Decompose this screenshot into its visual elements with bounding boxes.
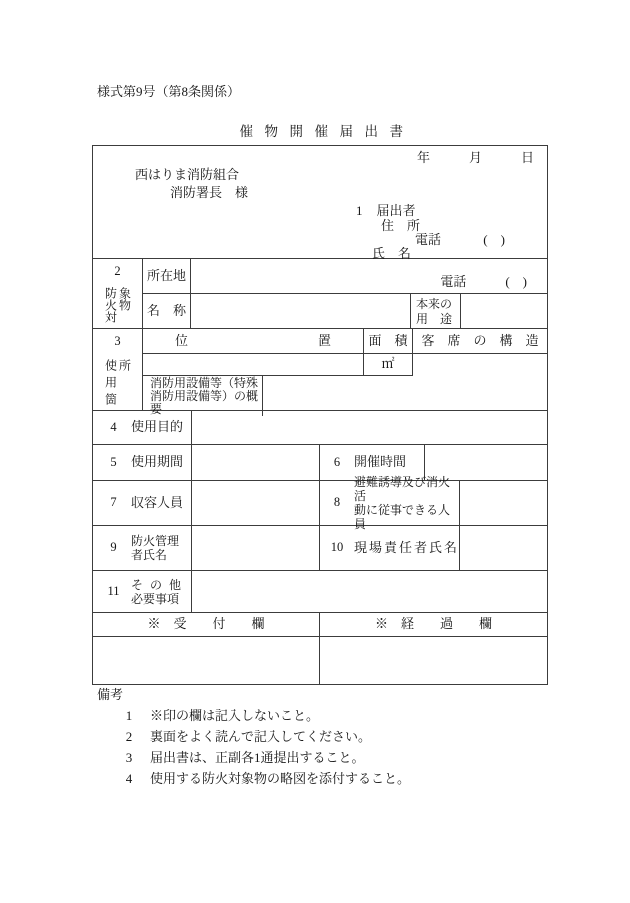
other-label-line2: 必要事項 <box>131 592 181 606</box>
site-manager-label-cell: 10 現場責任者氏名 <box>320 526 460 570</box>
remark-text: 使用する防火対象物の略図を添付すること。 <box>150 771 410 792</box>
row-number: 7 <box>106 495 121 511</box>
remark-text: 裏面をよく読んで記入してください。 <box>150 729 371 750</box>
staff-label-cell: 8 避難誘導及び消火活 動に従事できる人員 <box>320 481 460 525</box>
property-vertical-label: 防火対象物 <box>104 287 132 327</box>
section-number: 3 <box>114 329 120 350</box>
original-use-value <box>461 294 547 328</box>
remark-number: 1 <box>125 708 133 729</box>
equipment-label-line2: 消防用設備等）の概 <box>150 390 262 403</box>
remark-item: 4 使用する防火対象物の略図を添付すること。 <box>97 771 410 792</box>
form-number: 様式第9号（第8条関係） <box>97 84 240 100</box>
remark-text: ※印の欄は記入しないこと。 <box>150 708 319 729</box>
form-page: 様式第9号（第8条関係） 催物開催届出書 年 月 日 西はりま消防組合 消防署長… <box>0 0 630 903</box>
staff-value <box>460 481 547 525</box>
equipment-label: 消防用設備等（特殊 消防用設備等）の概 要 <box>143 376 263 416</box>
page-title: 催物開催届出書 <box>0 124 630 141</box>
property-location-row: 所在地 電話 ( ) <box>143 259 547 294</box>
equipment-value <box>263 376 547 416</box>
site-manager-value <box>460 526 547 570</box>
other-label-line1: その他 <box>131 578 181 592</box>
equipment-row: 消防用設備等（特殊 消防用設備等）の概 要 <box>143 376 547 416</box>
property-number-column: 2 防火対象物 <box>93 259 143 328</box>
row-managers: 9 防火管理 者氏名 10 現場責任者氏名 <box>93 525 547 570</box>
place-number-column: 3 使用箇所 <box>93 329 143 410</box>
stamp-header-row: ※ 受 付 欄 ※ 経 過 欄 <box>93 612 547 636</box>
place-value-row: ㎡ <box>143 354 547 376</box>
fire-manager-label-line1: 防火管理 <box>131 534 179 548</box>
receipt-box <box>93 637 320 684</box>
addressee-line: 消防署長 様 <box>93 185 547 200</box>
section-applicant: 年 月 日 西はりま消防組合 消防署長 様 1届出者 住 所 電話 ( ) 氏 … <box>93 146 547 258</box>
seat-structure-header: 客 席 の 構 造 <box>413 329 547 353</box>
remark-number: 3 <box>125 750 133 771</box>
hours-label: 開催時間 <box>354 454 406 470</box>
other-value <box>192 571 547 612</box>
applicant-name-field: 氏 名 <box>93 246 547 261</box>
applicant-heading: 1届出者 <box>93 203 547 218</box>
period-value <box>192 445 320 480</box>
section-place-of-use: 3 使用箇所 位 置 面 積 客 席 の 構 造 ㎡ 消防用設備等（特殊 <box>93 328 547 410</box>
staff-label: 避難誘導及び消火活 動に従事できる人員 <box>354 475 459 531</box>
row-number: 10 <box>329 540 345 556</box>
applicant-address-field: 住 所 <box>93 218 547 233</box>
row-number: 9 <box>106 540 121 556</box>
purpose-label-cell: 4 使用目的 <box>93 411 192 444</box>
remark-number: 4 <box>125 771 133 792</box>
fire-manager-label: 防火管理 者氏名 <box>131 534 179 562</box>
purpose-value <box>192 411 547 444</box>
progress-column-header: ※ 経 過 欄 <box>320 613 547 636</box>
remark-text: 届出書は、正副各1通提出すること。 <box>150 750 365 771</box>
purpose-label: 使用目的 <box>131 419 183 435</box>
row-number: 6 <box>329 455 345 471</box>
fire-manager-label-line2: 者氏名 <box>131 548 179 562</box>
main-form-table: 年 月 日 西はりま消防組合 消防署長 様 1届出者 住 所 電話 ( ) 氏 … <box>92 145 548 685</box>
area-header: 面 積 <box>364 329 413 353</box>
row-other: 11 その他 必要事項 <box>93 570 547 612</box>
seat-structure-value <box>413 354 547 376</box>
original-use-label: 本来の 用 途 <box>411 294 461 328</box>
property-name-value <box>191 294 411 328</box>
remark-item: 1 ※印の欄は記入しないこと。 <box>97 708 410 729</box>
progress-box <box>320 637 547 684</box>
other-label-cell: 11 その他 必要事項 <box>93 571 192 612</box>
receipt-column-header: ※ 受 付 欄 <box>93 613 320 636</box>
other-label: その他 必要事項 <box>131 578 181 606</box>
position-value <box>143 354 364 376</box>
section-property: 2 防火対象物 所在地 電話 ( ) 名 称 本来の 用 途 <box>93 258 547 328</box>
fire-association-name: 西はりま消防組合 <box>93 167 547 182</box>
location-phone-field: 電話 ( ) <box>191 259 547 293</box>
position-header: 位 置 <box>143 329 364 353</box>
stamp-box-row <box>93 636 547 684</box>
row-number: 8 <box>329 495 345 511</box>
original-use-line2: 用 途 <box>416 312 460 327</box>
applicant-phone-field: 電話 ( ) <box>93 232 547 247</box>
row-number: 11 <box>106 584 121 600</box>
property-name-row: 名 称 本来の 用 途 <box>143 294 547 328</box>
capacity-value <box>192 481 320 525</box>
capacity-label: 収容人員 <box>131 495 183 511</box>
location-label: 所在地 <box>143 259 191 293</box>
row-capacity-staff: 7 収容人員 8 避難誘導及び消火活 動に従事できる人員 <box>93 480 547 525</box>
remarks-title: 備考 <box>97 687 410 708</box>
section-number: 2 <box>114 259 120 280</box>
period-label: 使用期間 <box>131 454 183 470</box>
capacity-label-cell: 7 収容人員 <box>93 481 192 525</box>
row-number: 5 <box>106 455 121 471</box>
staff-label-line1: 避難誘導及び消火活 <box>354 475 459 503</box>
original-use-line1: 本来の <box>416 297 460 312</box>
site-manager-label: 現場責任者氏名 <box>354 540 459 556</box>
remark-item: 3 届出書は、正副各1通提出すること。 <box>97 750 410 771</box>
remarks-section: 備考 1 ※印の欄は記入しないこと。 2 裏面をよく読んで記入してください。 3… <box>97 687 410 792</box>
applicant-number: 1 <box>356 203 363 218</box>
remark-item: 2 裏面をよく読んで記入してください。 <box>97 729 410 750</box>
property-name-label: 名 称 <box>143 294 191 328</box>
row-period-hours: 5 使用期間 6 開催時間 <box>93 444 547 480</box>
remark-number: 2 <box>125 729 133 750</box>
fire-manager-value <box>192 526 320 570</box>
area-unit: ㎡ <box>364 354 413 376</box>
row-number: 4 <box>106 420 121 436</box>
place-header-row: 位 置 面 積 客 席 の 構 造 <box>143 329 547 354</box>
date-line: 年 月 日 <box>93 150 547 165</box>
applicant-label: 届出者 <box>377 203 416 218</box>
fire-manager-label-cell: 9 防火管理 者氏名 <box>93 526 192 570</box>
row-purpose: 4 使用目的 <box>93 410 547 444</box>
period-label-cell: 5 使用期間 <box>93 445 192 480</box>
place-vertical-label: 使用箇所 <box>104 359 132 410</box>
